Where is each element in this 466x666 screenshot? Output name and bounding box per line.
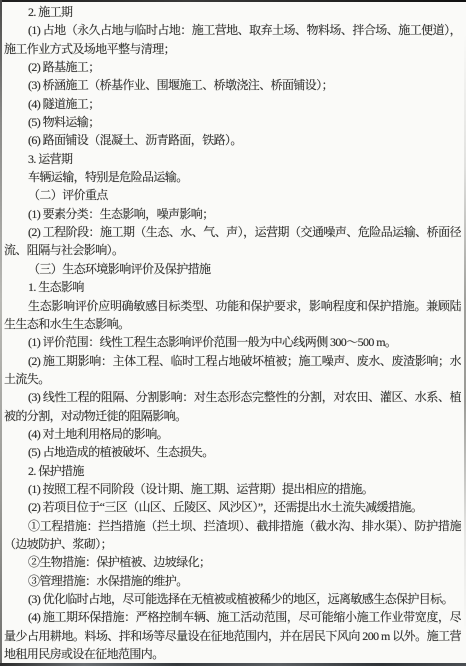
- page-scan-edge-top: [0, 0, 466, 2]
- paragraph: 2. 保护措施: [4, 462, 461, 480]
- paragraph: (6) 路面铺设（混凝土、沥青路面，铁路）。: [4, 131, 461, 149]
- paragraph: (5) 物料运输；: [4, 113, 461, 131]
- page-scan-edge-left: [0, 0, 2, 666]
- paragraph: ①工程措施：拦挡措施（拦土坝、拦渣坝）、截排措施（截水沟、排水渠）、防护措施（边…: [4, 517, 461, 554]
- paragraph: (1) 评价范围：线性工程生态影响评价范围一般为中心线两侧 300～500 m。: [4, 333, 461, 351]
- paragraph: (1) 要素分类：生态影响，噪声影响；: [4, 205, 461, 223]
- paragraph: (2) 工程阶段：施工期（生态、水、气、声），运营期（交通噪声、危险品运输、桥面…: [4, 223, 461, 260]
- paragraph: (2) 路基施工；: [4, 58, 461, 76]
- paragraph: (3) 线性工程的阻隔、分割影响：对生态形态完整性的分割，对农田、灌区、水系、植…: [4, 388, 461, 425]
- paragraph: （三）生态环境影响评价及保护措施: [4, 260, 461, 278]
- paragraph: 1. 生态影响: [4, 278, 461, 296]
- paragraph: 3. 运营期: [4, 150, 461, 168]
- paragraph: 2. 施工期: [4, 3, 461, 21]
- document-body: 2. 施工期(1) 占地（永久占地与临时占地：施工营地、取弃土场、物料场、拌合场…: [4, 3, 461, 662]
- paragraph: ②生物措施：保护植被、边坡绿化；: [4, 553, 461, 571]
- paragraph: (1) 占地（永久占地与临时占地：施工营地、取弃土场、物料场、拌合场、施工便道）…: [4, 21, 461, 58]
- paragraph: 车辆运输，特别是危险品运输。: [4, 168, 461, 186]
- paragraph: （二）评价重点: [4, 186, 461, 204]
- paragraph: (4) 隧道施工；: [4, 95, 461, 113]
- paragraph: (5) 占地造成的植被破坏、生态损失。: [4, 443, 461, 461]
- paragraph: ③管理措施：水保措施的维护。: [4, 572, 461, 590]
- paragraph: (4) 对土地利用格局的影响。: [4, 425, 461, 443]
- scanned-document-page: 2. 施工期(1) 占地（永久占地与临时占地：施工营地、取弃土场、物料场、拌合场…: [0, 0, 466, 666]
- paragraph: (3) 桥涵施工（桥基作业、围堰施工、桥墩浇注、桥面铺设）；: [4, 76, 461, 94]
- paragraph: (3) 优化临时占地，尽可能选择在无植被或植被稀少的地区，远离敏感生态保护目标。: [4, 590, 461, 608]
- paragraph: (1) 按照工程不同阶段（设计期、施工期、运营期）提出相应的措施。: [4, 480, 461, 498]
- paragraph: 生态影响评价应明确敏感目标类型、功能和保护要求，影响程度和保护措施。兼顾陆生生态…: [4, 297, 461, 334]
- paragraph: (4) 施工期环保措施：严格控制车辆、施工活动范围，尽可能缩小施工作业带宽度，尽…: [4, 608, 461, 662]
- paragraph: (2) 若项目位于“三区（山区、丘陵区、风沙区）”，还需提出水土流失减缓措施。: [4, 498, 461, 516]
- paragraph: (2) 施工期影响：主体工程、临时工程占地破坏植被；施工噪声、废水、废渣影响；水…: [4, 352, 461, 389]
